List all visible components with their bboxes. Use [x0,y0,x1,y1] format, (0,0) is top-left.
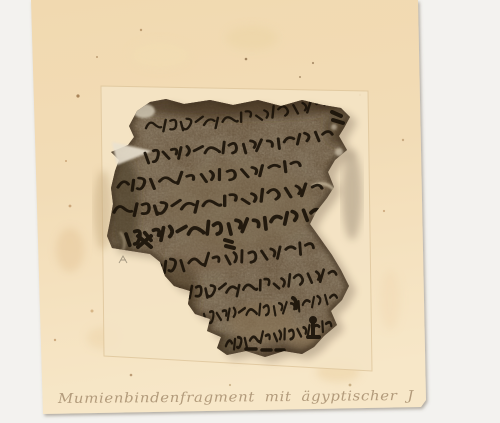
photo-of-mounted-papyrus: Mumienbindenfragment mit ägyptischer J [0,0,500,423]
hieratic-blob [310,317,317,324]
photo-canvas: Mumienbindenfragment mit ägyptischer J [0,0,500,423]
papyrus-shadow-right [342,150,362,240]
handwritten-caption: Mumienbindenfragment mit ägyptischer J [57,388,415,407]
